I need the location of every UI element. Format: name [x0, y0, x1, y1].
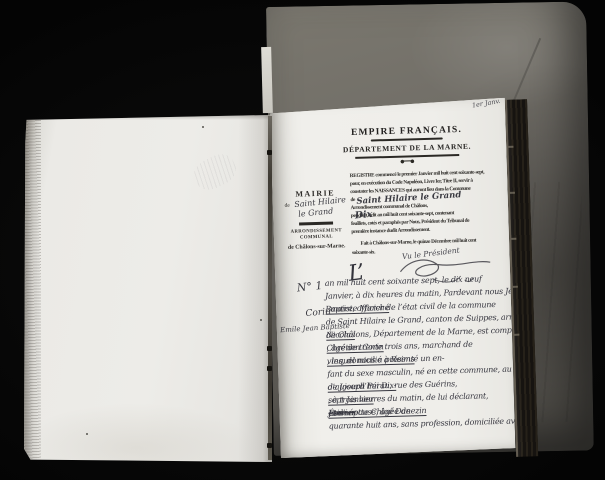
header-ornament-icon — [399, 159, 415, 163]
folio-count-handwritten: Dix — [355, 211, 373, 221]
stitch-dot — [267, 346, 272, 351]
stitch-dot — [267, 150, 272, 155]
binding-gutter — [268, 116, 272, 460]
page-title: EMPIRE FRANÇAIS. — [328, 124, 484, 138]
binding-thread — [511, 238, 516, 240]
scanned-register-photo: 1er Janv. EMPIRE FRANÇAIS. DÉPARTEMENT D… — [0, 0, 605, 480]
ink-bleedthrough — [190, 149, 241, 194]
arrondissement-label-line3: de Châlons-sur-Marne. — [282, 243, 352, 251]
binding-thread — [510, 192, 515, 194]
subtitle-rule — [355, 154, 459, 158]
act-number: N° 1 — [296, 279, 323, 294]
stitch-dot — [267, 366, 272, 371]
right-printed-page: 1er Janv. EMPIRE FRANÇAIS. DÉPARTEMENT D… — [270, 98, 516, 458]
binding-thread — [508, 146, 513, 148]
binding-thread — [513, 286, 518, 288]
page-header: EMPIRE FRANÇAIS. DÉPARTEMENT DE LA MARNE… — [328, 124, 485, 165]
left-blank-page — [24, 115, 272, 462]
paper-speck — [260, 319, 262, 321]
title-rule — [371, 137, 443, 141]
page-subtitle: DÉPARTEMENT DE LA MARNE. — [329, 141, 485, 154]
preamble-de: de — [350, 196, 355, 204]
mairie-rule — [299, 222, 333, 225]
stitch-dot — [267, 443, 272, 448]
paper-speck — [202, 126, 204, 128]
register-preamble: REGISTRE commencé le premier Janvier mil… — [350, 168, 508, 236]
birth-act-body: L’ an mil huit cent soixante sept, le di… — [325, 272, 515, 433]
arrondissement-label-line2: COMMUNAL — [281, 234, 351, 241]
loose-page-corner — [261, 47, 273, 113]
mairie-block: MAIRIE de Saint Hilaire le Grand ARRONDI… — [280, 188, 352, 251]
page-edge-stack — [24, 115, 41, 462]
binding-thread — [514, 334, 519, 336]
paper-speck — [86, 433, 88, 435]
page-top-crease — [24, 115, 272, 120]
